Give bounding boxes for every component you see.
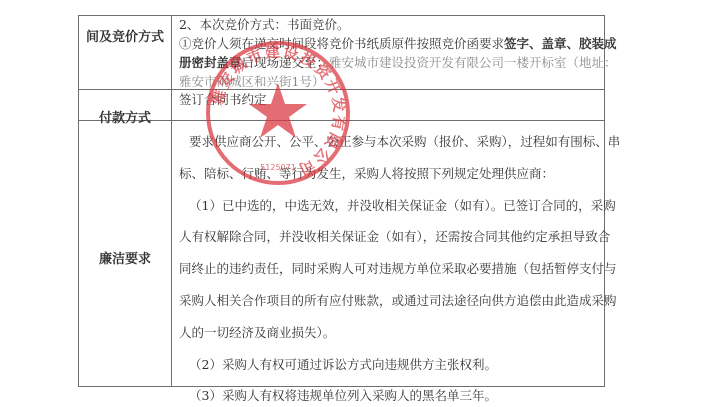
text-line: 标、陪标、行贿、等行为发生，采购人将按照下列规定处理供应商：	[179, 158, 596, 190]
row-label-integrity-requirements: 廉洁要求	[79, 248, 171, 267]
text-line: （3）采购人有权将违规单位列入采购人的黑名单三年。	[179, 380, 596, 407]
text-line: 2、本次竞价方式：书面竞价。	[179, 15, 596, 34]
text-line: 要求供应商公开、公平、公正参与本次采购（报价、采购），过程如有围标、串	[179, 126, 596, 158]
text-line: 签订合同书约定	[179, 90, 596, 109]
text-line: 人的一切经济及商业损失）。	[179, 317, 596, 349]
row-label-bidding-method: 间及竞价方式	[79, 26, 171, 45]
document-table: 间及竞价方式 2、本次竞价方式：书面竞价。 ①竞价人须在递交时间段将竞价书纸质原…	[78, 15, 605, 387]
column-divider	[171, 16, 172, 386]
row-label-payment-method: 付款方式	[79, 107, 171, 126]
payment-method-content: 签订合同书约定	[179, 90, 596, 109]
text-line: 册密封盖章后现场递交至：雅安城市建设投资开发有限公司一楼开标室（地址：	[179, 53, 596, 72]
integrity-requirements-content: 要求供应商公开、公平、公正参与本次采购（报价、采购），过程如有围标、串 标、陪标…	[179, 126, 596, 407]
text-line: （1）已中选的，中选无效，并没收相关保证金（如有）。已签订合同的，采购	[179, 190, 596, 222]
text-line: 同终止的违约责任，同时采购人可对违规方单位采取必要措施（包括暂停支付与	[179, 253, 596, 285]
text-line: ①竞价人须在递交时间段将竞价书纸质原件按照竞价函要求签字、盖章、胶装成	[179, 34, 596, 53]
text-line: 采购人相关合作项目的所有应付账款，或通过司法途径向供方追偿由此造成采购	[179, 285, 596, 317]
text-line: （2）采购人有权可通过诉讼方式向违规供方主张权利。	[179, 349, 596, 381]
bidding-method-content: 2、本次竞价方式：书面竞价。 ①竞价人须在递交时间段将竞价书纸质原件按照竞价函要…	[179, 15, 596, 91]
text-line: 雅安市雨城区和兴街1号）	[179, 72, 596, 91]
text-line: 人有权解除合同，并没收相关保证金（如有），还需按合同其他约定承担导致合	[179, 221, 596, 253]
